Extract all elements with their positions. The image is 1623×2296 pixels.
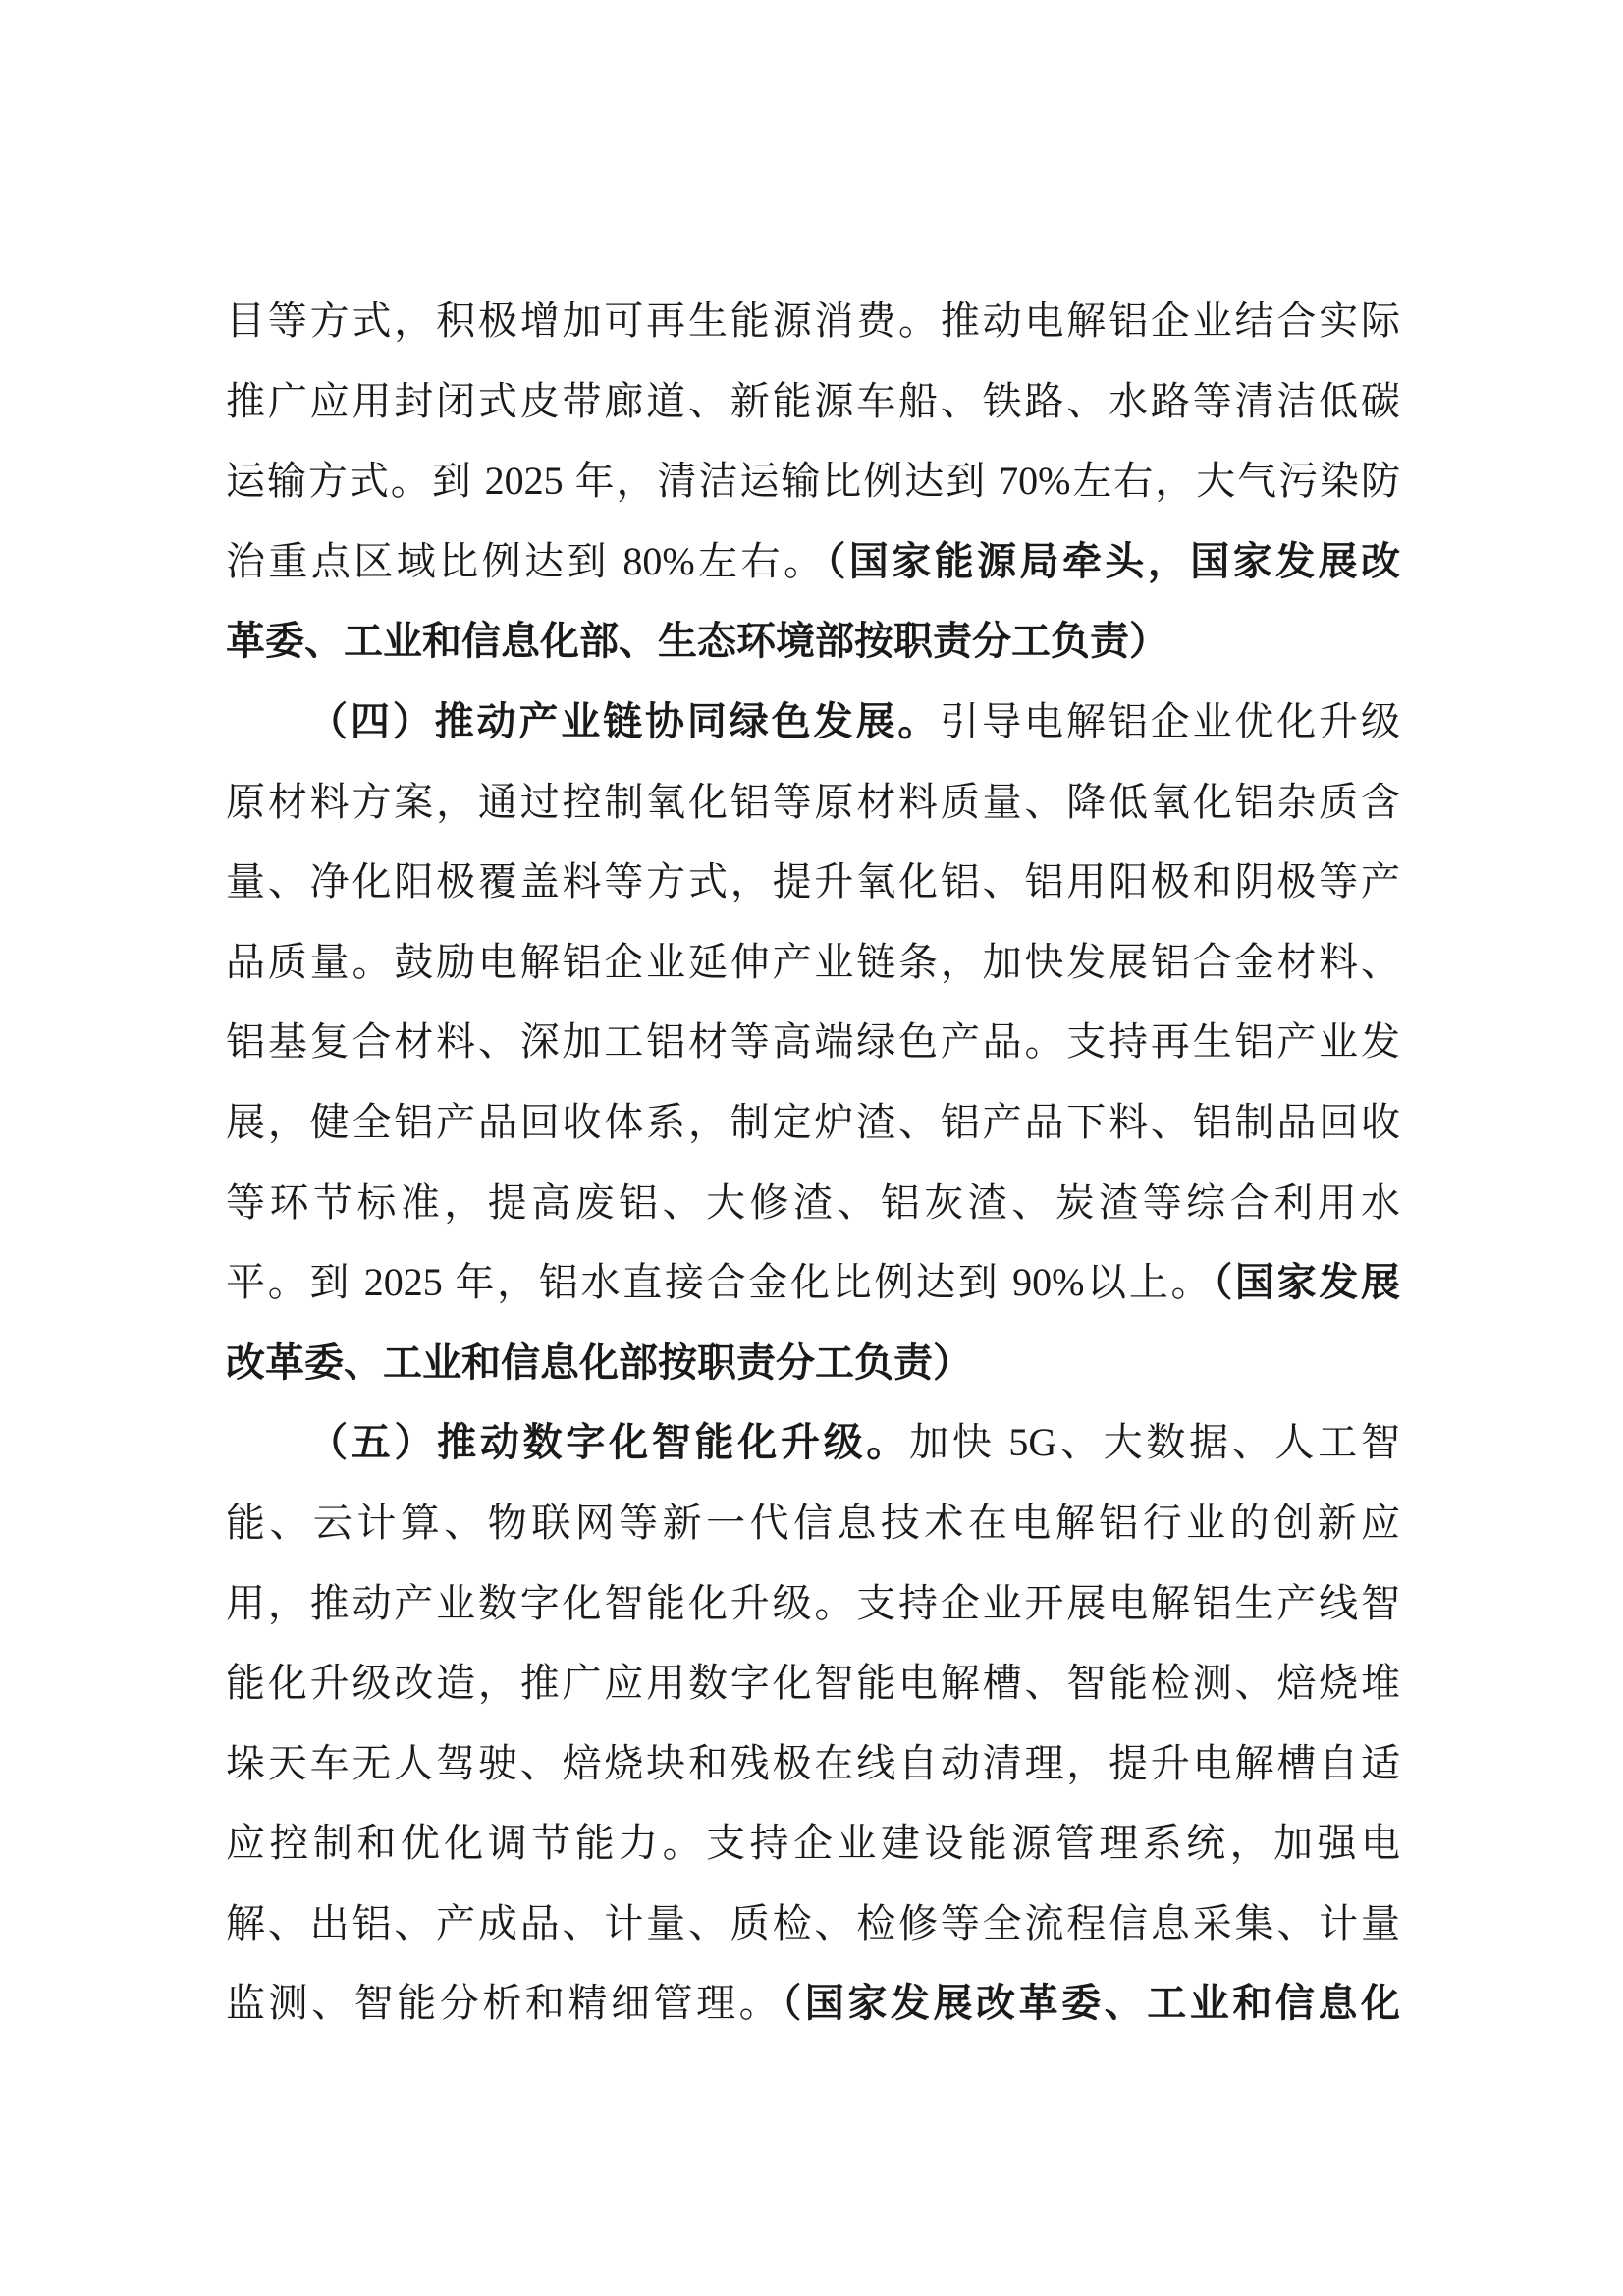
body-text-run: 引导电解铝企业优化升级 [940,699,1400,743]
emphasis-text-run: （四）推动产业链协同绿色发展。 [308,699,940,743]
text-line: 平。到 2025 年，铝水直接合金化比例达到 90%以上。（国家发展 [226,1242,1400,1323]
text-line: 应控制和优化调节能力。支持企业建设能源管理系统，加强电 [226,1803,1400,1884]
text-line: 用，推动产业数字化智能化升级。支持企业开展电解铝生产线智 [226,1563,1400,1644]
body-text-run: 量、净化阳极覆盖料等方式，提升氧化铝、铝用阳极和阴极等产 [226,859,1400,903]
body-text-run: 解、出铝、产成品、计量、质检、检修等全流程信息采集、计量 [226,1901,1400,1945]
body-text-run: 能化升级改造，推广应用数字化智能电解槽、智能检测、焙烧堆 [226,1661,1400,1705]
emphasis-text-run: 改革委、工业和信息化部按职责分工负责） [226,1340,972,1385]
body-text-run: 品质量。鼓励电解铝企业延伸产业链条，加快发展铝合金材料、 [226,940,1400,984]
text-line: 量、净化阳极覆盖料等方式，提升氧化铝、铝用阳极和阴极等产 [226,842,1400,922]
text-line: 展，健全铝产品回收体系，制定炉渣、铝产品下料、铝制品回收 [226,1082,1400,1163]
body-text-run: 等环节标准，提高废铝、大修渣、铝灰渣、炭渣等综合利用水 [226,1180,1400,1225]
text-line: 治重点区域比例达到 80%左右。（国家能源局牵头，国家发展改 [226,521,1400,602]
text-line: 目等方式，积极增加可再生能源消费。推动电解铝企业结合实际 [226,281,1400,361]
text-line: 品质量。鼓励电解铝企业延伸产业链条，加快发展铝合金材料、 [226,922,1400,1003]
text-line: 监测、智能分析和精细管理。（国家发展改革委、工业和信息化 [226,1963,1400,2044]
document-page: 目等方式，积极增加可再生能源消费。推动电解铝企业结合实际推广应用封闭式皮带廊道、… [0,0,1623,2296]
text-line: 推广应用封闭式皮带廊道、新能源车船、铁路、水路等清洁低碳 [226,361,1400,442]
text-line: 解、出铝、产成品、计量、质检、检修等全流程信息采集、计量 [226,1884,1400,1964]
body-text-run: 铝基复合材料、深加工铝材等高端绿色产品。支持再生铝产业发 [226,1019,1400,1064]
body-text-run: 目等方式，积极增加可再生能源消费。推动电解铝企业结合实际 [226,299,1400,343]
body-text-run: 展，健全铝产品回收体系，制定炉渣、铝产品下料、铝制品回收 [226,1100,1400,1144]
body-text-run: 垛天车无人驾驶、焙烧块和残极在线自动清理，提升电解槽自适 [226,1741,1400,1785]
body-text-run: 原材料方案，通过控制氧化铝等原材料质量、降低氧化铝杂质含 [226,780,1400,824]
body-text-run: 推广应用封闭式皮带廊道、新能源车船、铁路、水路等清洁低碳 [226,379,1400,423]
emphasis-text-run: 革委、工业和信息化部、生态环境部按职责分工负责） [226,619,1168,663]
text-line: 垛天车无人驾驶、焙烧块和残极在线自动清理，提升电解槽自适 [226,1723,1400,1804]
emphasis-text-run: （国家发展 [1213,1260,1400,1304]
body-text-run: 用，推动产业数字化智能化升级。支持企业开展电解铝生产线智 [226,1581,1400,1625]
text-line: 革委、工业和信息化部、生态环境部按职责分工负责） [226,601,1400,682]
body-text-run: 运输方式。到 2025 年，清洁运输比例达到 70%左右，大气污染防 [226,459,1400,503]
emphasis-text-run: （五）推动数字化智能化升级。 [308,1420,909,1464]
text-line: （五）推动数字化智能化升级。加快 5G、大数据、人工智 [226,1402,1400,1483]
body-text-run: 监测、智能分析和精细管理。 [226,1981,782,2025]
text-line: 能化升级改造，推广应用数字化智能电解槽、智能检测、焙烧堆 [226,1643,1400,1723]
text-line: 等环节标准，提高废铝、大修渣、铝灰渣、炭渣等综合利用水 [226,1163,1400,1243]
body-text-run: 应控制和优化调节能力。支持企业建设能源管理系统，加强电 [226,1821,1400,1865]
text-line: 能、云计算、物联网等新一代信息技术在电解铝行业的创新应 [226,1483,1400,1563]
body-text-run: 平。到 2025 年，铝水直接合金化比例达到 90%以上。 [226,1260,1213,1304]
emphasis-text-run: （国家发展改革委、工业和信息化 [782,1981,1400,2025]
text-line: 运输方式。到 2025 年，清洁运输比例达到 70%左右，大气污染防 [226,441,1400,521]
text-line: 改革委、工业和信息化部按职责分工负责） [226,1323,1400,1403]
body-text-run: 治重点区域比例达到 80%左右。 [226,539,826,583]
text-block: 目等方式，积极增加可再生能源消费。推动电解铝企业结合实际推广应用封闭式皮带廊道、… [226,281,1400,2044]
emphasis-text-run: （国家能源局牵头，国家发展改 [826,539,1400,583]
body-text-run: 加快 5G、大数据、人工智 [909,1420,1400,1464]
body-text-run: 能、云计算、物联网等新一代信息技术在电解铝行业的创新应 [226,1501,1400,1545]
text-line: 铝基复合材料、深加工铝材等高端绿色产品。支持再生铝产业发 [226,1002,1400,1082]
text-line: （四）推动产业链协同绿色发展。引导电解铝企业优化升级 [226,682,1400,762]
text-line: 原材料方案，通过控制氧化铝等原材料质量、降低氧化铝杂质含 [226,762,1400,843]
